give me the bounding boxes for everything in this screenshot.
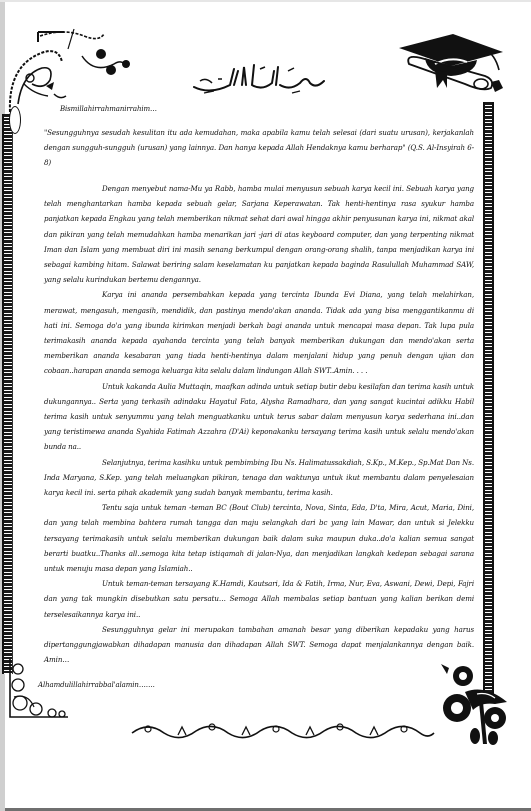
basmala-calligraphy-icon [190,57,330,97]
paragraph-degree-trust: Sesungguhnya gelar ini merupakan tambaha… [44,622,474,668]
closing-line: Alhamdulillahirrabbal'alamin……. [38,678,338,693]
body-text: Dengan menyebut nama-Mu ya Rabb, hamba m… [44,181,474,668]
paragraph-friends: Untuk teman-teman tersayang K.Hamdi, Kau… [44,576,474,622]
graduation-cap-icon [395,30,510,96]
floral-corner-ornament-icon [4,24,134,114]
paragraph-bout-club: Tentu saja untuk teman -teman BC (Bout C… [44,500,474,576]
quran-quote: "Sesungguhnya sesudah kesulitan itu ada … [44,125,474,171]
paragraph-gratitude-god: Dengan menyebut nama-Mu ya Rabb, hamba m… [44,181,474,287]
paragraph-siblings: Untuk kakanda Aulia Muttaqin, maafkan ad… [44,379,474,455]
paragraph-supervisors: Selanjutnya, terima kasihku untuk pembim… [44,455,474,501]
left-chain-border [2,114,13,674]
opening-line: Bismillahirrahmanirrahim… [60,102,360,117]
document-page: Bismillahirrahmanirrahim… "Sesungguhnya … [0,0,531,811]
left-border-bulb-ornament [9,106,21,134]
scroll-corner-ornament-icon [4,657,74,722]
floral-divider-icon [128,719,438,743]
paragraph-parents: Karya ini ananda persembahkan kepada yan… [44,287,474,378]
right-chain-border [483,102,494,694]
bird-flower-ornament-icon [435,662,515,747]
